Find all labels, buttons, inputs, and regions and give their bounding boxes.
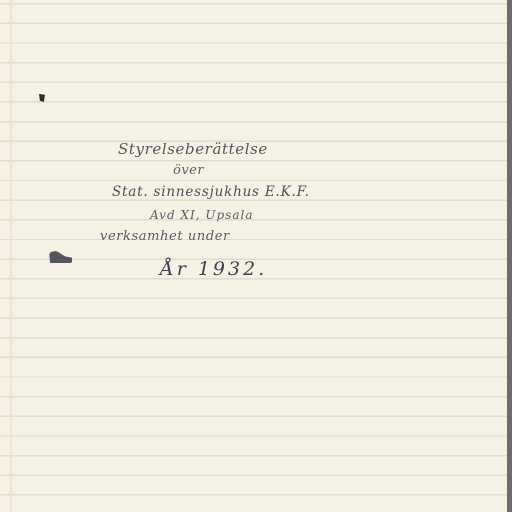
page-edge-shadow xyxy=(507,0,512,512)
notebook-page: Styrelseberättelse över Stat. sinnessjuk… xyxy=(0,0,508,512)
ink-mark-small xyxy=(39,94,45,102)
handwritten-line-institution: Stat. sinnessjukhus E.K.F. xyxy=(112,184,310,200)
ink-blot xyxy=(49,251,72,263)
margin-line xyxy=(10,0,12,512)
handwritten-line-activity: verksamhet under xyxy=(100,229,230,244)
handwritten-line-over: över xyxy=(173,163,204,178)
handwritten-year: År 1932. xyxy=(160,258,267,280)
handwritten-title: Styrelseberättelse xyxy=(118,140,268,158)
handwritten-line-department: Avd XI, Upsala xyxy=(150,208,253,222)
